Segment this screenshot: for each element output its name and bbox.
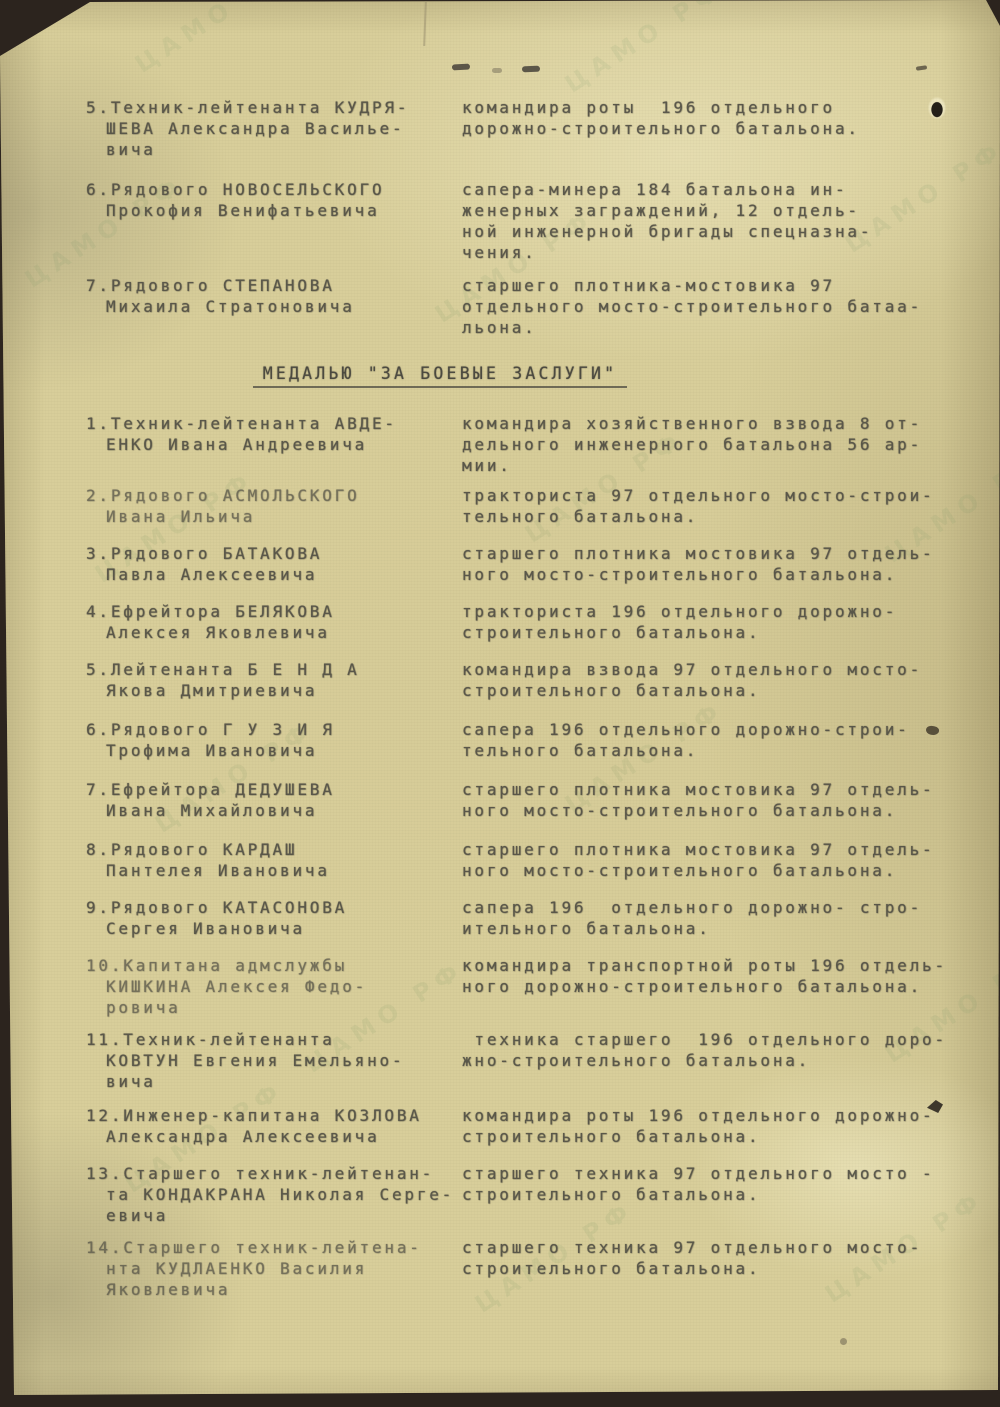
entry-duty: сапера 196 отдельного дорожно- стро- ите…: [462, 897, 982, 939]
entry-recipient: 14.Старшего техник-лейтена- нта КУДЛАЕНК…: [86, 1237, 478, 1300]
ink-blot: [916, 65, 927, 70]
entry-recipient: 7.Рядового СТЕПАНОВА Михаила Стратонович…: [86, 275, 478, 317]
entry-recipient: 1.Техник-лейтенанта АВДЕ- ЕНКО Ивана Анд…: [86, 413, 478, 455]
entry-recipient: 11.Техник-лейтенанта КОВТУН Евгения Емел…: [86, 1029, 478, 1092]
entry-duty: сапера-минера 184 батальона ин- женерных…: [462, 179, 982, 263]
entry-recipient: 13.Старшего техник-лейтенан- та КОНДАКРА…: [86, 1163, 478, 1226]
entry-duty: старшего плотника мостовика 97 отдель- н…: [462, 839, 982, 881]
entry-duty: старшего техника 97 отдельного мосто- ст…: [462, 1237, 982, 1279]
entry-recipient: 9.Рядового КАТАСОНОВА Сергея Ивановича: [86, 897, 478, 939]
entry-recipient: 3.Рядового БАТАКОВА Павла Алексеевича: [86, 543, 478, 585]
entry-recipient: 12.Инженер-капитана КОЗЛОВА Александра А…: [86, 1105, 478, 1147]
entry-recipient: 5.Лейтенанта Б Е Н Д А Якова Дмитриевича: [86, 659, 478, 701]
entry-duty: тракториста 97 отдельного мосто-строи- т…: [462, 485, 982, 527]
entry-recipient: 4.Ефрейтора БЕЛЯКОВА Алексея Яковлевича: [86, 601, 478, 643]
ink-dash-mark: [522, 66, 540, 73]
entry-recipient: 5.Техник-лейтенанта КУДРЯ- ШЕВА Александ…: [86, 97, 478, 160]
entry-recipient: 6.Рядового Г У З И Я Трофима Ивановича: [86, 719, 478, 761]
ink-blot: [840, 1338, 847, 1345]
entry-duty: старшего техника 97 отдельного мосто - с…: [462, 1163, 982, 1205]
entry-duty: тракториста 196 отдельного дорожно- стро…: [462, 601, 982, 643]
entry-recipient: 7.Ефрейтора ДЕДУШЕВА Ивана Михайловича: [86, 779, 478, 821]
entry-duty: командира взвода 97 отдельного мосто- ст…: [462, 659, 982, 701]
entry-duty: командира роты 196 отдельного дорожно- с…: [462, 1105, 982, 1147]
paper-crease: [423, 2, 426, 46]
archive-watermark: ЦАМО РФ: [560, 0, 729, 98]
entry-duty: техника старшего 196 отдельного доро- жн…: [462, 1029, 982, 1071]
entry-duty: старшего плотника-мостовика 97 отдельног…: [462, 275, 982, 338]
entry-duty: командира транспортной роты 196 отдель- …: [462, 955, 982, 997]
entry-recipient: 2.Рядового АСМОЛЬСКОГО Ивана Ильича: [86, 485, 478, 527]
medal-section-heading: МЕДАЛЬЮ "ЗА БОЕВЫЕ ЗАСЛУГИ": [140, 364, 740, 388]
paper-hole: [924, 92, 950, 124]
entry-duty: сапера 196 отдельного дорожно-строи- тел…: [462, 719, 982, 761]
archive-document-scan: { "document": { "kind": "typewritten awa…: [0, 0, 1000, 1407]
entry-duty: старшего плотника мостовика 97 отдель- н…: [462, 779, 982, 821]
ink-dash-mark: [492, 68, 502, 73]
medal-heading-text: МЕДАЛЬЮ "ЗА БОЕВЫЕ ЗАСЛУГИ": [253, 364, 628, 388]
entry-recipient: 10.Капитана адмслужбы КИШКИНА Алексея Фе…: [86, 955, 478, 1018]
entry-duty: старшего плотника мостовика 97 отдель- н…: [462, 543, 982, 585]
entry-recipient: 6.Рядового НОВОСЕЛЬСКОГО Прокофия Венифа…: [86, 179, 478, 221]
archive-watermark: ЦАМО РФ: [130, 0, 299, 78]
entry-duty: командира хозяйственного взвода 8 от- де…: [462, 413, 982, 476]
paper-sheet: ЦАМО РФЦАМО РФЦАМО РФЦАМО РФЦАМО РФЦАМО …: [0, 0, 1000, 1407]
entry-recipient: 8.Рядового КАРДАШ Пантелея Ивановича: [86, 839, 478, 881]
entry-duty: командира роты 196 отдельного дорожно-ст…: [462, 97, 982, 139]
ink-dash-mark: [452, 64, 470, 71]
